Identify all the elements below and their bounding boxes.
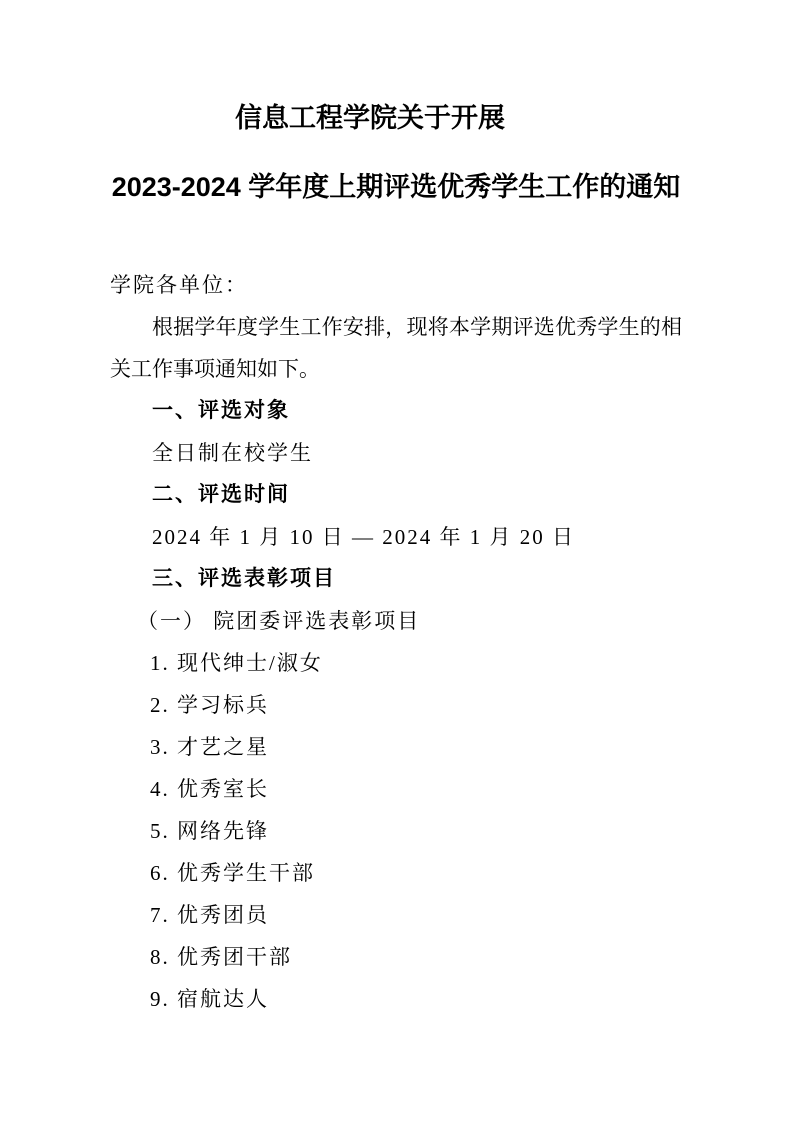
section-heading-selection-targets: 一、评选对象 [110, 390, 682, 432]
award-item: 3. 才艺之星 [110, 726, 682, 768]
document-page: 信息工程学院关于开展 2023-2024 学年度上期评选优秀学生工作的通知 学院… [0, 0, 793, 1122]
salutation: 学院各单位： [110, 264, 682, 306]
award-item: 1. 现代绅士/淑女 [110, 642, 682, 684]
award-item: 4. 优秀室长 [110, 768, 682, 810]
award-item: 6. 优秀学生干部 [110, 852, 682, 894]
award-item: 2. 学习标兵 [110, 684, 682, 726]
document-title-line1: 信息工程学院关于开展 [84, 100, 656, 136]
award-item: 9. 宿航达人 [110, 978, 682, 1020]
document-body: 学院各单位： 根据学年度学生工作安排，现将本学期评选优秀学生的相关工作事项通知如… [110, 264, 682, 1020]
section-body-selection-targets: 全日制在校学生 [110, 432, 682, 474]
section-heading-selection-time: 二、评选时间 [110, 474, 682, 516]
award-item: 7. 优秀团员 [110, 894, 682, 936]
intro-paragraph: 根据学年度学生工作安排，现将本学期评选优秀学生的相关工作事项通知如下。 [110, 306, 682, 390]
subsection-heading-league-committee: （一） 院团委评选表彰项目 [110, 600, 682, 642]
section-heading-award-programs: 三、评选表彰项目 [110, 558, 682, 600]
award-item: 5. 网络先锋 [110, 810, 682, 852]
award-item: 8. 优秀团干部 [110, 936, 682, 978]
section-body-selection-time: 2024 年 1 月 10 日 — 2024 年 1 月 20 日 [110, 516, 682, 558]
document-content: 信息工程学院关于开展 2023-2024 学年度上期评选优秀学生工作的通知 学院… [0, 100, 793, 1020]
document-title-line2: 2023-2024 学年度上期评选优秀学生工作的通知 [110, 169, 682, 205]
